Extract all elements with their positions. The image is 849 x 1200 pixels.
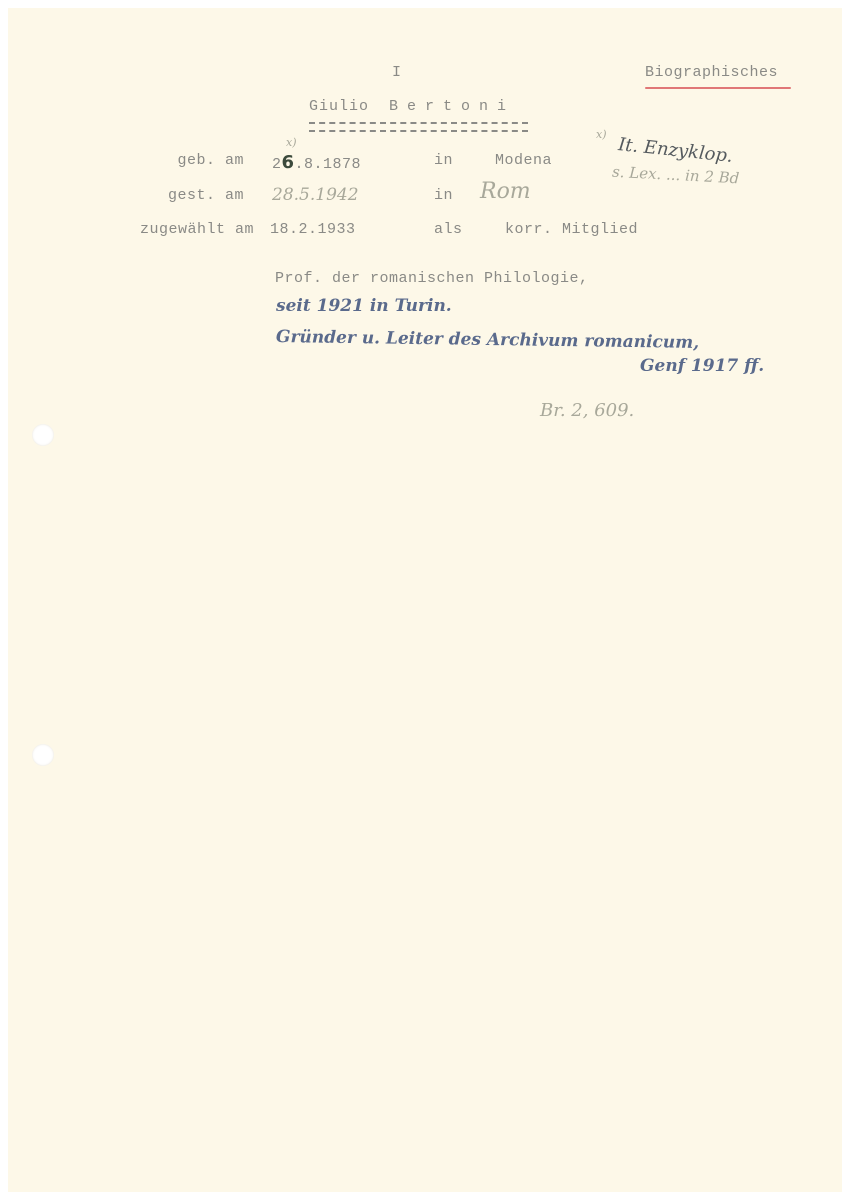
- elected-label: zugewählt am: [120, 221, 254, 238]
- birth-footnote-mark: x): [286, 136, 297, 149]
- bio-typed-line: Prof. der romanischen Philologie,: [275, 270, 589, 287]
- birth-date-hand-correction: 6: [282, 152, 295, 173]
- page-number: I: [392, 64, 402, 81]
- punch-hole-lower: [32, 744, 54, 766]
- birth-date-typed-suffix: .8.1878: [295, 156, 362, 173]
- birth-prep: in: [434, 152, 453, 169]
- bio-hand-line3: Genf 1917 ff.: [640, 356, 764, 376]
- category-label: Biographisches: [645, 64, 778, 81]
- birth-label: geb. am: [140, 152, 244, 169]
- death-date: 28.5.1942: [272, 185, 359, 205]
- archive-reference: Br. 2, 609.: [540, 400, 634, 421]
- category-underline: [645, 87, 791, 89]
- name-double-underline: [309, 122, 528, 132]
- last-name: Bertoni: [389, 98, 515, 115]
- elected-prep: als: [434, 221, 463, 238]
- death-place: Rom: [480, 179, 531, 204]
- punch-hole-upper: [32, 424, 54, 446]
- birth-date: 26.8.1878: [272, 152, 361, 173]
- person-name: Giulio Bertoni: [309, 98, 515, 115]
- death-label: gest. am: [140, 187, 244, 204]
- death-prep: in: [434, 187, 453, 204]
- elected-date: 18.2.1933: [270, 221, 356, 238]
- first-name: Giulio: [309, 98, 369, 115]
- birth-date-typed-prefix: 2: [272, 156, 282, 173]
- margin-note-mark: x): [596, 128, 607, 141]
- elected-role: korr. Mitglied: [505, 221, 638, 238]
- bio-hand-line1: seit 1921 in Turin.: [276, 296, 452, 316]
- birth-place: Modena: [495, 152, 552, 169]
